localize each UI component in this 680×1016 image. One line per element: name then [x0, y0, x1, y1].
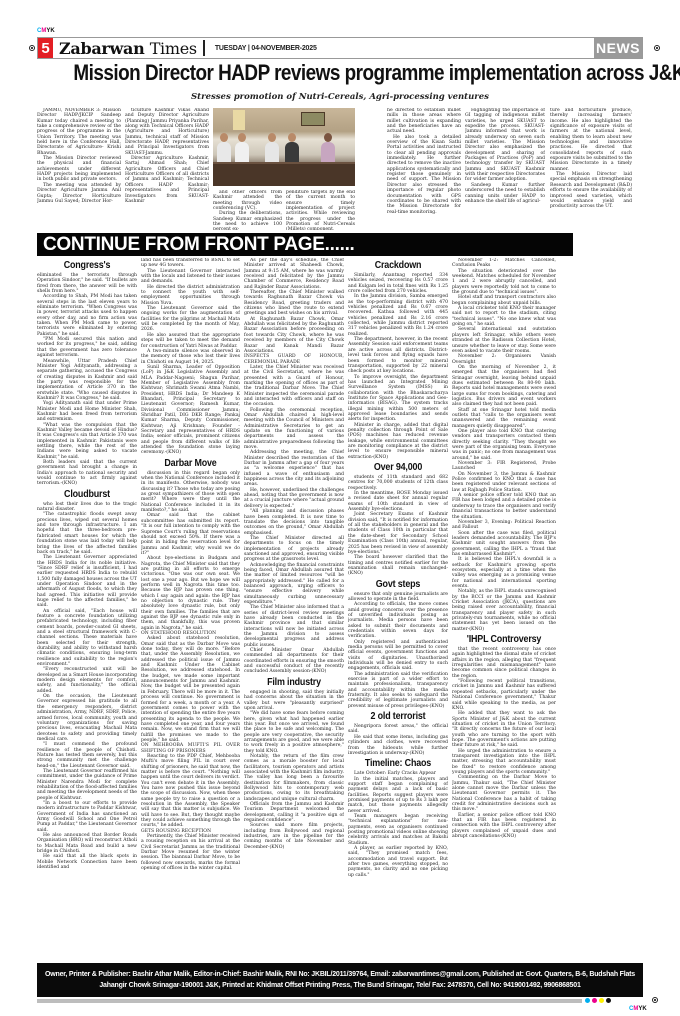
cyan-dot-icon	[585, 998, 590, 1003]
continued-col-e: November 1-2: Matches Cancelled, Confusi…	[452, 258, 556, 961]
lead-col-4: penditure targets by the end of the curr…	[286, 190, 355, 230]
lead-col-3: and other officers from Kashmir attended…	[213, 190, 282, 230]
imprint-line-2: Jahangir Chowk Srinagar-190001 J&K, Prin…	[37, 980, 643, 991]
cmyk-print-mark: CMYK	[629, 1006, 647, 1012]
registration-mark-icon	[654, 45, 660, 51]
cmyk-print-mark: CMYK	[37, 28, 55, 34]
lead-headline: Mission Director HADP reviews programme …	[73, 60, 606, 86]
registration-mark-icon	[29, 45, 35, 51]
story-title-cloudburst: Cloudburst	[45, 488, 130, 500]
bottom-grey-strip	[37, 999, 582, 1003]
issue-date: TUESDAY | 04-NOVEMBER-2025	[215, 45, 317, 52]
story-title-govt-steps: Govt steps	[356, 578, 441, 590]
timeline-subheading: November 3, Evening: Political Reaction …	[452, 520, 556, 531]
continue-banner: CONTINUE FROM FRONT PAGE......	[37, 233, 573, 256]
story-title-timeline-chaos: Timeline: Chaos	[356, 757, 441, 769]
meeting-photo	[213, 108, 355, 186]
timeline-subheading: Late October: Early Cracks Appear	[348, 771, 448, 776]
paper-name: Zabarwan Times	[59, 39, 197, 58]
yellow-dot-icon	[599, 998, 604, 1003]
story-title-over-94000: Over 94,000	[356, 461, 441, 473]
story-title-crackdown: Crackdown	[356, 259, 441, 271]
paper-name-light: Times	[150, 39, 197, 58]
lead-col-2: ticulture Kashmir Vikas Anand and Deputy…	[125, 108, 209, 228]
subheading: ON MEHBOOBA MUFTI'S PIL OVER SHIFTING OF…	[141, 743, 240, 754]
story-title-ihpl-controversy: 'IHPL Controversy	[460, 633, 548, 645]
page-number: 5	[38, 38, 53, 58]
imprint-line-1: Owner, Printer & Publisher: Bashir Athar…	[37, 969, 643, 980]
lead-col-5: he directed to establish millet mills in…	[387, 108, 461, 230]
magenta-dot-icon	[592, 998, 597, 1003]
continued-col-c: As per the day's schedule, the Chief Min…	[244, 258, 344, 961]
lead-col-1: JAMMU, NOVEMBER 3: Mission Director HADP…	[37, 108, 121, 228]
section-tag: NEWS	[594, 38, 642, 58]
lead-subhead: Stresses promotion of Nutri-Cereals, Agr…	[0, 92, 680, 102]
registration-mark-icon	[652, 997, 658, 1003]
continued-col-a: Congress's eliminated the terrorists thr…	[37, 258, 137, 961]
black-dot-icon	[606, 998, 611, 1003]
imprint-footer: Owner, Printer & Publisher: Bashir Athar…	[37, 963, 643, 997]
paper-name-bold: Zabarwan	[59, 39, 144, 58]
continued-col-d: Crackdown Similarly, Anantnag reported 3…	[348, 258, 448, 961]
masthead-divider	[203, 40, 205, 56]
timeline-subheading: November 2: Organisers Vanish Overnight	[452, 354, 556, 365]
story-title-2-old-terrorist: 2 old terrorist	[356, 710, 441, 722]
cmyk-color-dots	[585, 998, 611, 1003]
timeline-subheading: November 1-2: Matches Cancelled, Confusi…	[452, 258, 556, 269]
wall-painting	[301, 112, 325, 126]
continued-col-b: land has been transferred to BSNL to set…	[141, 258, 240, 961]
subheading: INSPECTS GUARD OF HONOUR, CEREMONIAL PAR…	[244, 354, 344, 365]
timeline-subheading: November 3: FIR Registered, Probe Launch…	[452, 461, 556, 472]
lead-col-6: Highlighting the importance of GI taggin…	[465, 108, 545, 230]
masthead: 5 Zabarwan Times TUESDAY | 04-NOVEMBER-2…	[37, 37, 643, 59]
story-title-film-industry: Film industry	[252, 676, 337, 688]
story-title-congress: Congress's	[45, 259, 130, 271]
conference-table	[213, 162, 355, 186]
lead-col-7: ture and horticulture produce, thereby i…	[550, 108, 632, 230]
story-title-darbar-move: Darbar Move	[148, 457, 232, 469]
